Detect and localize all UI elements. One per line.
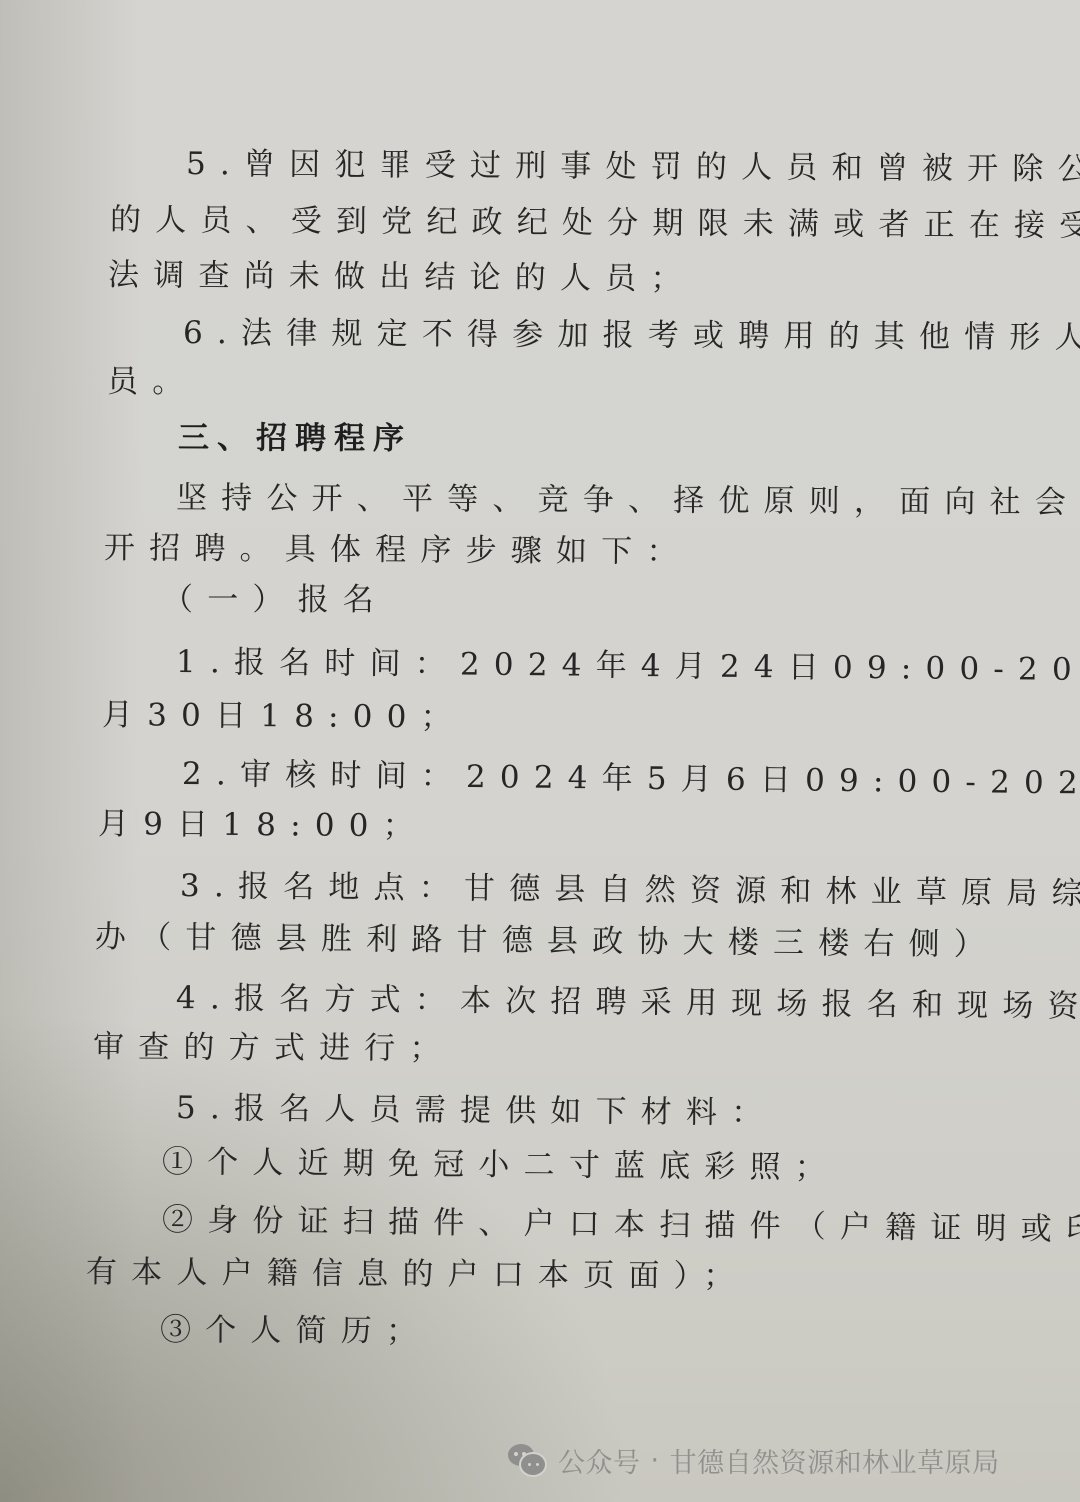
document-line: 法调查尚未做出结论的人员； (108, 255, 696, 299)
document-line: 办（甘德县胜利路甘德县政协大楼三楼右侧） (95, 917, 999, 965)
document-line: 月9日18:00； (98, 804, 428, 846)
document-line: 坚持公开、平等、竞争、择优原则，面向社会公 (176, 478, 1080, 523)
wechat-icon (508, 1442, 548, 1478)
watermark-account-name: 甘德自然资源和林业草原局 (670, 1441, 1000, 1480)
document-line: ③个人简历； (160, 1310, 431, 1351)
document-line: 6.法律规定不得参加报考或聘用的其他情形人 (183, 313, 1080, 358)
document-line: （一）报名 (162, 580, 388, 620)
document-line: 审查的方式进行； (93, 1027, 455, 1069)
document-line: 有本人户籍信息的户口本页面）； (86, 1252, 749, 1297)
document-line: 2.审核时间：2024年5月6日09:00-2024年5 (182, 754, 1080, 805)
document-line: 的人员、受到党纪政纪处分期限未满或者正在接受司 (110, 200, 1080, 246)
document-line: 5.报名人员需提供如下材料： (176, 1088, 777, 1133)
watermark-separator: · (651, 1445, 660, 1476)
document-line: 4.报名方式：本次招聘采用现场报名和现场资格 (176, 978, 1080, 1027)
wechat-watermark: 公众号 · 甘德自然资源和林业草原局 (508, 1438, 1000, 1482)
document-line: 员。 (107, 362, 197, 402)
document-line: 1.报名时间：2024年4月24日09:00-2024年4 (176, 642, 1080, 691)
document-page: 5.曾因犯罪受过刑事处罚的人员和曾被开除公职的人员、受到党纪政纪处分期限未满或者… (0, 0, 1080, 1502)
watermark-label: 公众号 (558, 1441, 641, 1480)
document-line: 5.曾因犯罪受过刑事处罚的人员和曾被开除公职 (186, 144, 1080, 190)
document-line: ②身份证扫描件、户口本扫描件（户籍证明或印 (162, 1200, 1080, 1250)
document-line: 开招聘。具体程序步骤如下： (104, 528, 692, 572)
document-line: ①个人近期免冠小二寸蓝底彩照； (162, 1142, 840, 1188)
document-line: 3.报名地点：甘德县自然资源和林业草原局综合 (180, 866, 1080, 914)
section-heading: 三、招聘程序 (178, 418, 412, 459)
document-line: 月30日18:00； (102, 695, 466, 738)
